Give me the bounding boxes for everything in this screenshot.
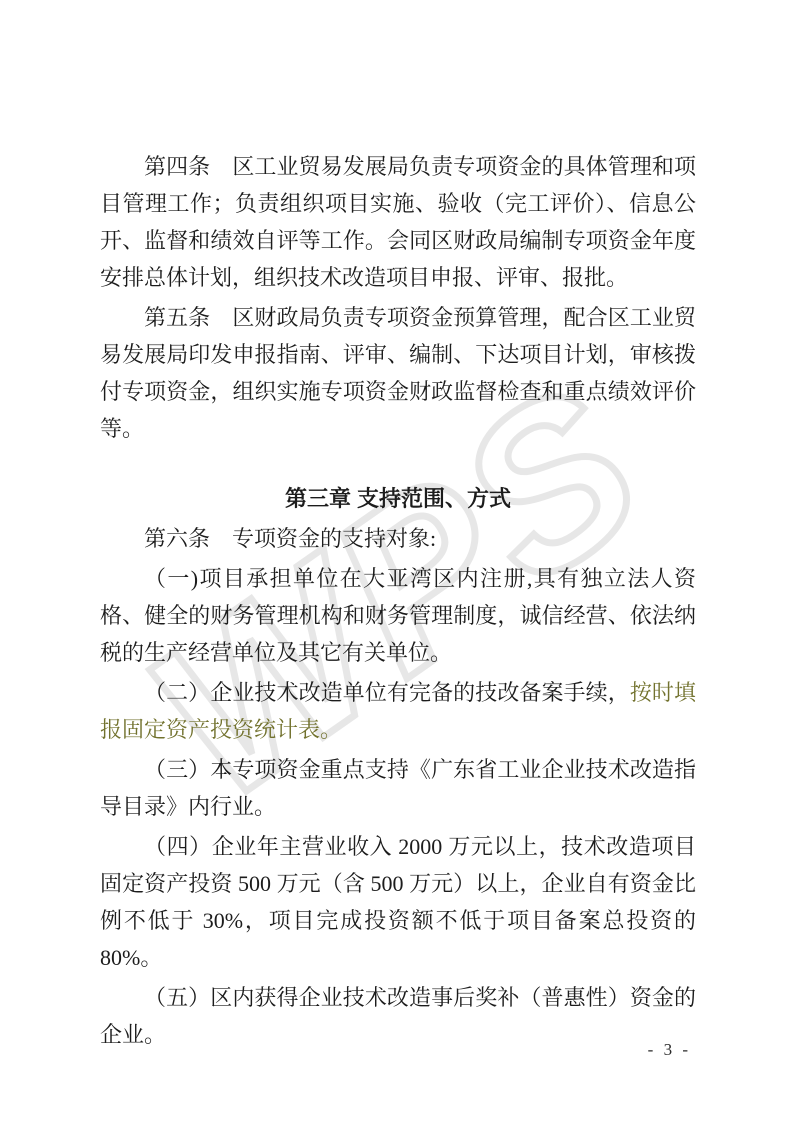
chapter-heading: 第三章 支持范围、方式: [100, 480, 696, 517]
paragraph-item-2: （二）企业技术改造单位有完备的技改备案手续，按时填报固定资产投资统计表。: [100, 674, 696, 748]
paragraph-item-2-plain: （二）企业技术改造单位有完备的技改备案手续，: [144, 680, 630, 705]
paragraph-article-4: 第四条 区工业贸易发展局负责专项资金的具体管理和项目管理工作；负责组织项目实施、…: [100, 148, 696, 296]
paragraph-item-3: （三）本专项资金重点支持《广东省工业企业技术改造指导目录》内行业。: [100, 751, 696, 825]
document-body: 第四条 区工业贸易发展局负责专项资金的具体管理和项目管理工作；负责组织项目实施、…: [100, 148, 696, 1056]
paragraph-article-5: 第五条 区财政局负责专项资金预算管理，配合区工业贸易发展局印发申报指南、评审、编…: [100, 299, 696, 447]
document-page: WPS 第四条 区工业贸易发展局负责专项资金的具体管理和项目管理工作；负责组织项…: [0, 0, 793, 1122]
paragraph-item-4: （四）企业年主营业收入 2000 万元以上，技术改造项目固定资产投资 500 万…: [100, 828, 696, 976]
paragraph-article-6: 第六条 专项资金的支持对象:: [100, 520, 696, 557]
paragraph-item-1: （一)项目承担单位在大亚湾区内注册,具有独立法人资格、健全的财务管理机构和财务管…: [100, 560, 696, 671]
page-number: - 3 -: [648, 1040, 691, 1060]
paragraph-item-5: （五）区内获得企业技术改造事后奖补（普惠性）资金的企业。: [100, 979, 696, 1053]
